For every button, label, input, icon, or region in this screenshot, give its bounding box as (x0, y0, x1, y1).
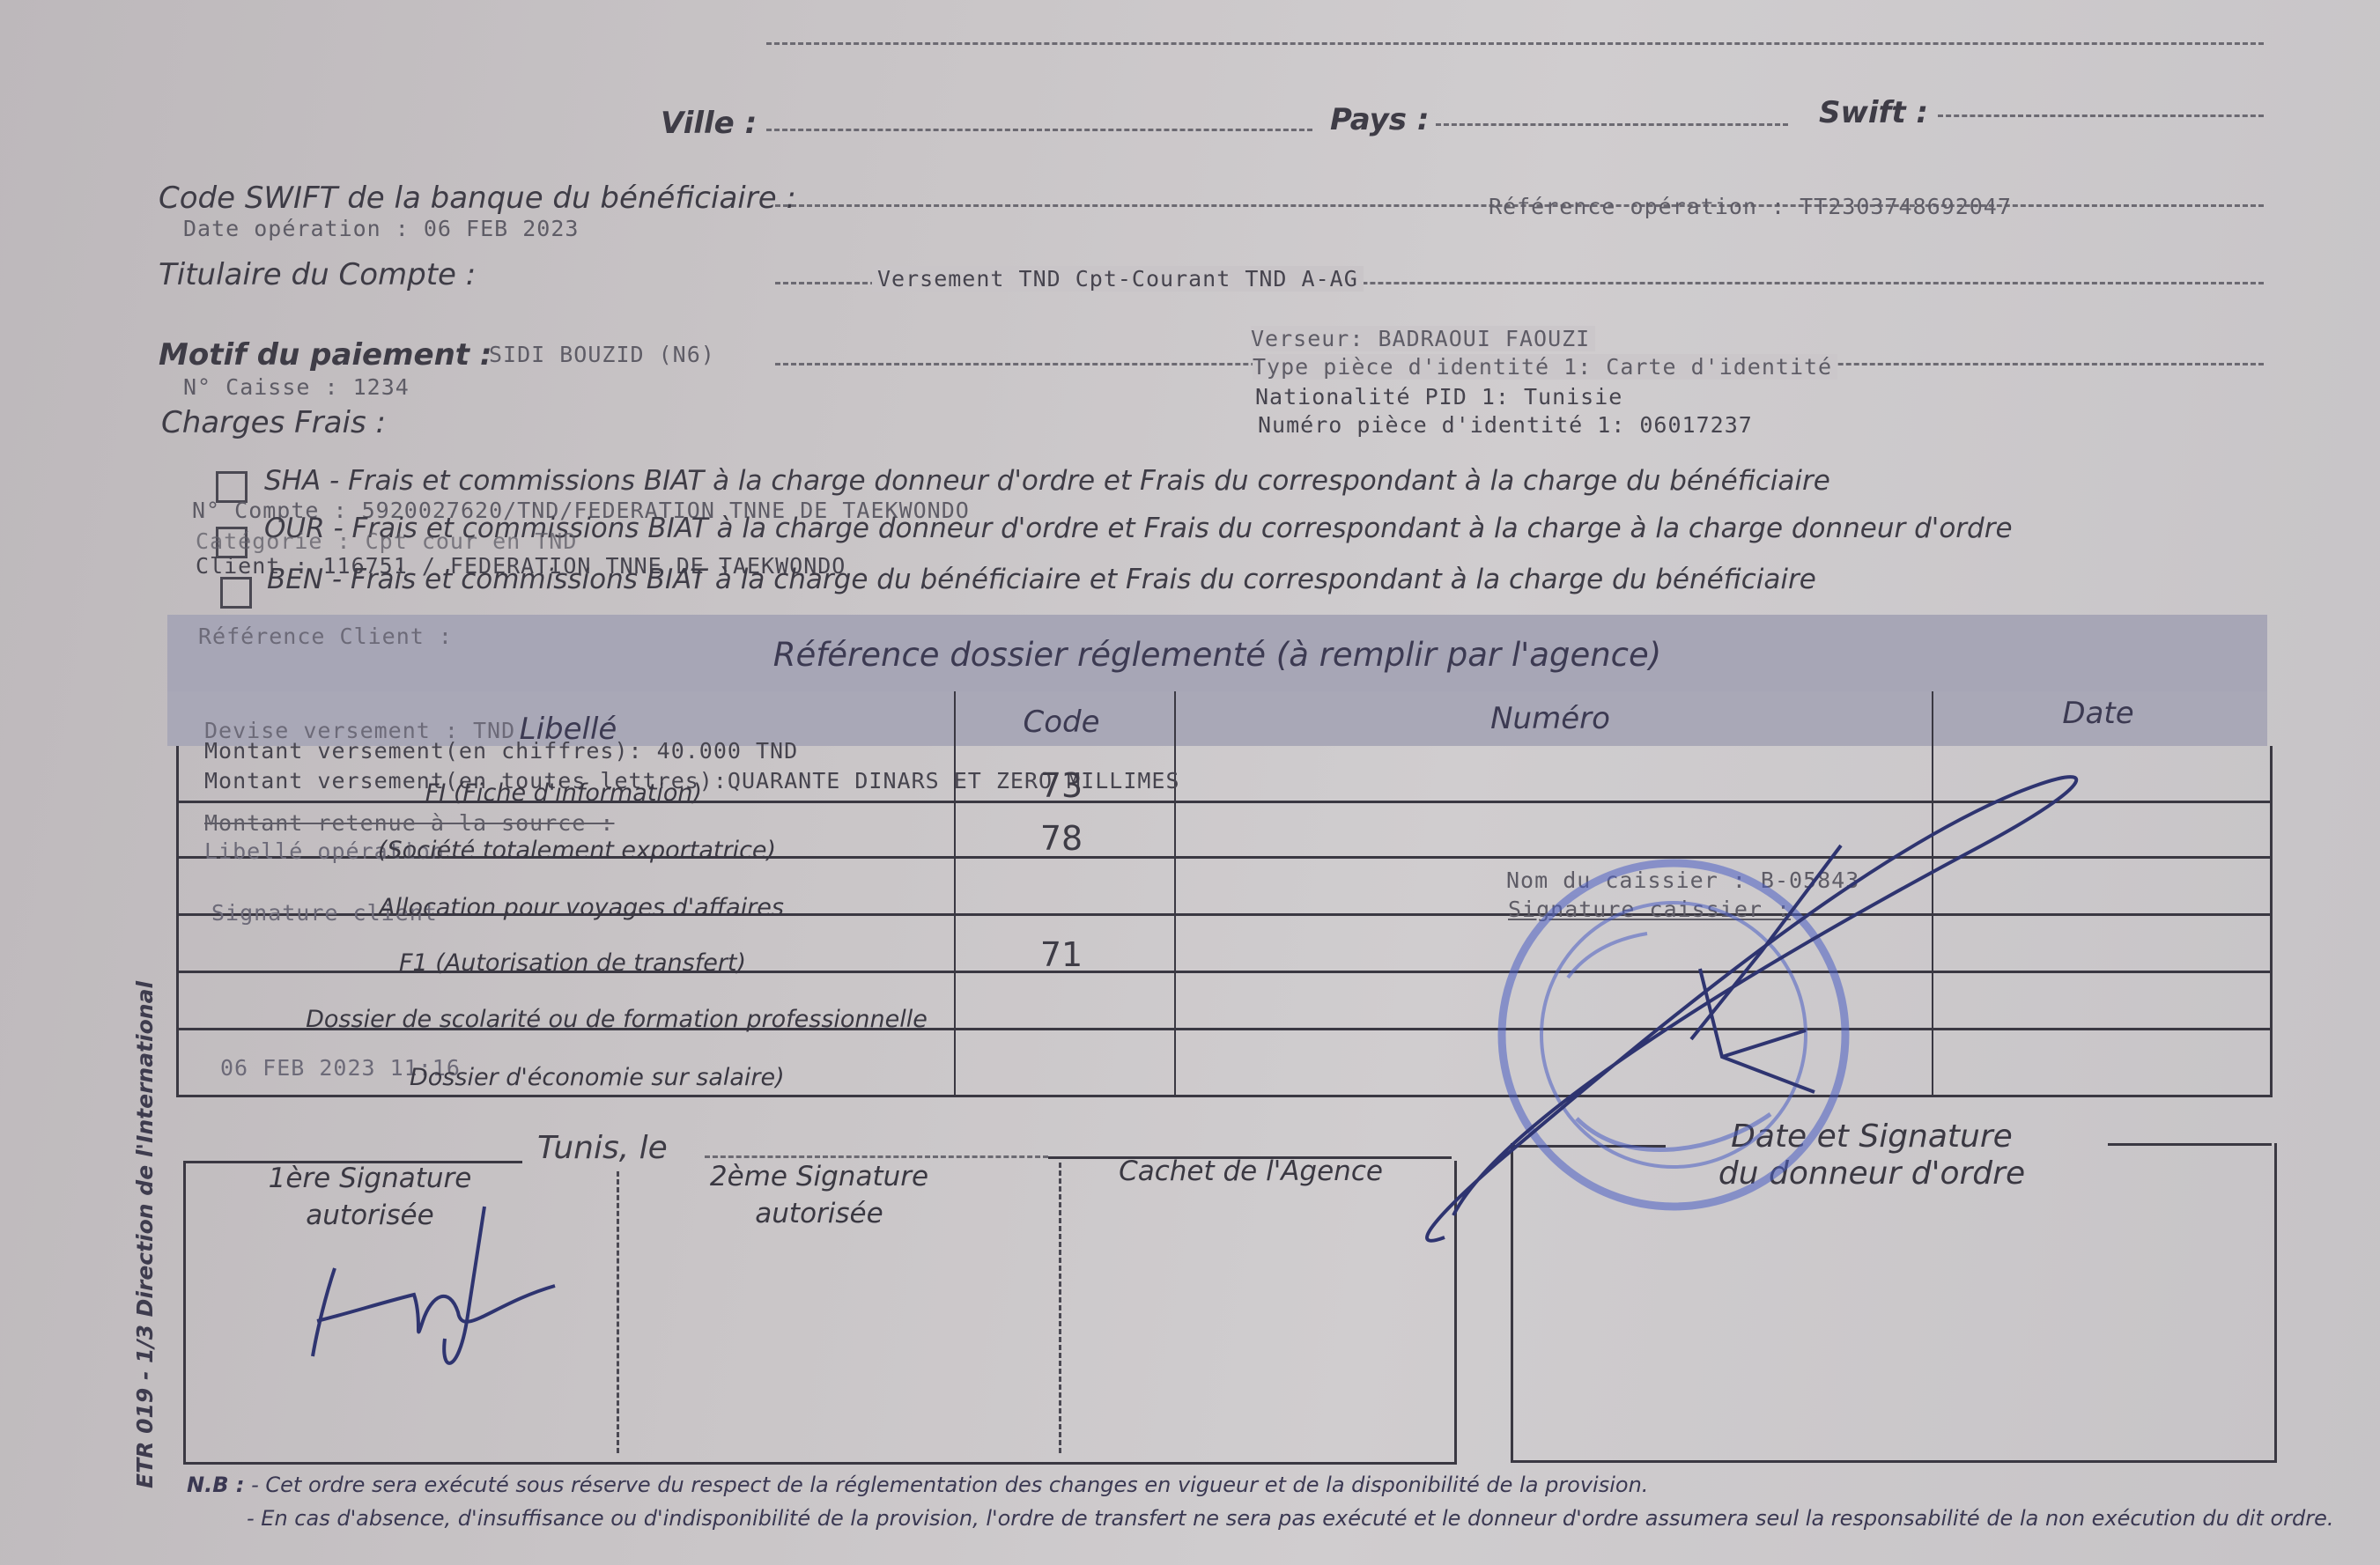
nom-caissier: Nom du caissier : B-05843 (1506, 867, 1859, 893)
table-row-code: 78 (951, 819, 1172, 858)
nationalite: Nationalité PID 1: Tunisie (1255, 384, 1622, 410)
note-line-2: - En cas d'absence, d'insuffisance ou d'… (247, 1506, 2333, 1531)
swift-label: Swift : (1819, 95, 1928, 130)
numero-piece: Numéro pièce d'identité 1: 06017237 (1258, 412, 1753, 438)
second-signature-label: 2ème Signature (643, 1161, 995, 1192)
sha-option-label: SHA - Frais et commissions BIAT à la cha… (264, 465, 1830, 497)
transfer-order-form: Ville : Pays : Swift : Code SWIFT de la … (0, 0, 2380, 1565)
note-text-1: - Cet ordre sera exécuté sous réserve du… (251, 1473, 1648, 1497)
donneur-signature-label: Date et Signature (1674, 1118, 2070, 1155)
ville-field[interactable] (766, 129, 1312, 131)
type-piece: Type pièce d'identité 1: Carte d'identit… (1253, 354, 1837, 380)
agence-name: SIDI BOUZID (N6) (489, 342, 715, 367)
second-signature-label-2: autorisée (643, 1198, 995, 1229)
montant-retenue: Montant retenue à la source : (204, 810, 615, 836)
column-header-code: Code (951, 705, 1172, 740)
versement-line: Versement TND Cpt-Courant TND A-AG (872, 266, 1364, 292)
first-signature-label-2: autorisée (194, 1200, 546, 1231)
table-row-code: 71 (951, 935, 1172, 974)
table-row-libelle: Allocation pour voyages d'affaires (291, 894, 995, 921)
motif-label: Motif du paiement : (159, 337, 492, 373)
donneur-signature-label-2: du donneur d'ordre (1674, 1155, 2070, 1192)
swift-field[interactable] (1938, 114, 2264, 117)
nb-label: N.B : (187, 1473, 244, 1497)
form-code: ETR 019 - 1/3 Direction de l'Internation… (132, 981, 158, 1488)
note-line-1: N.B : - Cet ordre sera exécuté sous rése… (187, 1473, 1648, 1497)
reference-operation: Référence opération : TT2303748692047 (1489, 194, 2012, 219)
column-header-numero: Numéro (1172, 701, 1929, 736)
pays-label: Pays : (1330, 102, 1429, 137)
table-row-code: 73 (951, 766, 1172, 805)
charges-label: Charges Frais : (161, 405, 386, 440)
verseur: Verseur: BADRAOUI FAOUZI (1251, 326, 1595, 351)
first-signature-label: 1ère Signature (194, 1163, 546, 1194)
table-row-libelle: Dossier d'économie sur salaire) (410, 1064, 785, 1091)
titulaire-label: Titulaire du Compte : (159, 257, 476, 292)
categorie: Catégorie : Cpt cour en TND (196, 528, 577, 554)
top-dotted-line (766, 42, 2264, 45)
table-title: Référence dossier réglementé (à remplir … (167, 636, 2267, 674)
ville-label: Ville : (661, 106, 757, 141)
caisse-number: N° Caisse : 1234 (183, 374, 410, 400)
table-row-libelle: F1 (Autorisation de transfert) (176, 949, 969, 977)
ben-option-label: BEN - Frais et commissions BIAT à la cha… (267, 564, 1816, 595)
column-header-date: Date (1929, 696, 2267, 731)
table-row-libelle: (Société totalement exportatrice) (291, 837, 863, 864)
cachet-agence-label: Cachet de l'Agence (1075, 1155, 1427, 1187)
code-swift-label: Code SWIFT de la banque du bénéficiaire … (159, 181, 796, 216)
date-operation: Date opération : 06 FEB 2023 (183, 216, 579, 241)
pays-field[interactable] (1436, 123, 1788, 126)
table-row-libelle: FI (Fiche d'information) (176, 779, 951, 807)
signature-divider-1 (617, 1171, 619, 1453)
signature-divider-2 (1059, 1163, 1061, 1453)
ben-checkbox[interactable] (220, 577, 252, 609)
table-row-libelle: Dossier de scolarité ou de formation pro… (176, 1006, 1057, 1033)
date-field[interactable] (705, 1155, 1048, 1158)
signature-caissier: Signature caissier : (1508, 897, 1791, 922)
